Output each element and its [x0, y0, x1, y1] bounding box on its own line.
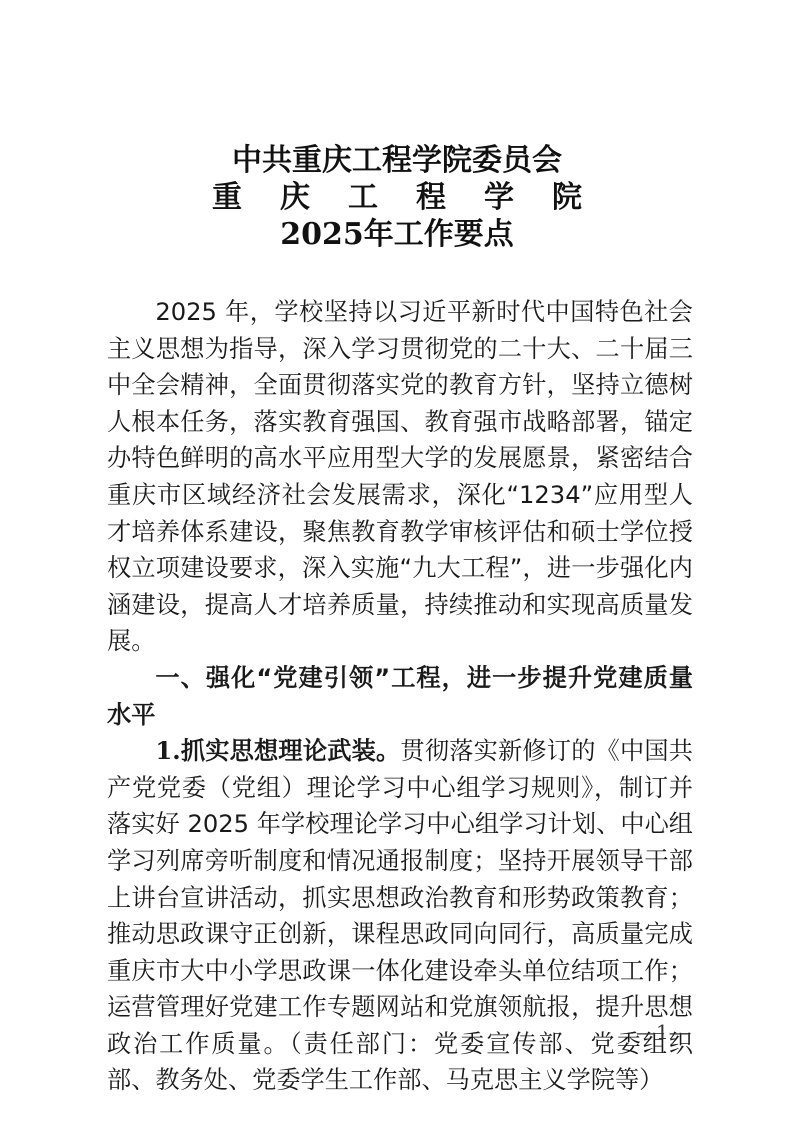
- document-body: 2025 年，学校坚持以习近平新时代中国特色社会主义思想为指导，深入学习贯彻党的…: [107, 294, 693, 1099]
- item-1-text: 贯彻落实新修订的《中国共产党党委（党组）理论学习中心组学习规则》，制订并落实好 …: [107, 737, 693, 1094]
- title-school-name: 重庆工程学院: [0, 179, 794, 216]
- section-heading: 一、强化“党建引领”工程，进一步提升党建质量水平: [107, 660, 693, 733]
- title-party-committee: 中共重庆工程学院委员会: [0, 142, 794, 179]
- page-number: —1—: [636, 1020, 689, 1044]
- item-1-lead: 1.抓实思想理论武装。: [155, 736, 400, 765]
- intro-paragraph: 2025 年，学校坚持以习近平新时代中国特色社会主义思想为指导，深入学习贯彻党的…: [107, 294, 693, 660]
- item-1-paragraph: 1.抓实思想理论武装。贯彻落实新修订的《中国共产党党委（党组）理论学习中心组学习…: [107, 733, 693, 1099]
- title-work-points: 2025年工作要点: [0, 216, 794, 253]
